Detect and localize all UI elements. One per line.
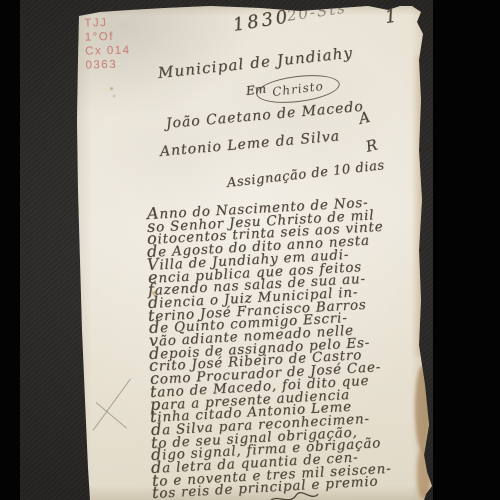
case-title: Assignação de 10 dias: [226, 158, 385, 191]
year-heading: 1830: [231, 6, 291, 36]
fox-spot: [110, 87, 113, 90]
stamp-line: TJJ: [84, 15, 130, 30]
party-plaintiff-mark: A: [357, 108, 372, 128]
party-plaintiff-name: João Caetano de Macedo: [165, 99, 364, 132]
stamp-line: Cx 014: [85, 43, 131, 58]
archival-stamp: TJJ 1°Of Cx 014 0363: [84, 15, 131, 72]
photographed-manuscript: TJJ 1°Of Cx 014 0363 1830 20-Sts 1 Munic…: [0, 0, 500, 500]
party-defendant-name: Antonio Leme da Silva: [159, 128, 340, 160]
manuscript-page: TJJ 1°Of Cx 014 0363 1830 20-Sts 1 Munic…: [74, 6, 432, 500]
stamp-line: 1°Of: [85, 29, 131, 44]
party-defendant-mark: R: [364, 136, 379, 156]
stamp-line: 0363: [85, 57, 131, 72]
fox-spot: [113, 95, 115, 97]
signature-word: Christo: [271, 79, 324, 99]
